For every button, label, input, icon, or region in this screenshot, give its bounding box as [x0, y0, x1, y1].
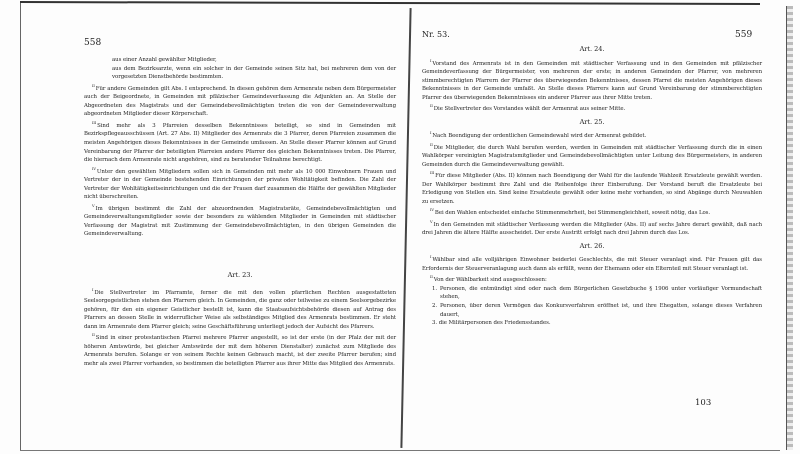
- paragraph-text: Wählbar sind alle volljährigen Einwohner…: [422, 257, 762, 272]
- paragraph-mark: II: [430, 104, 433, 108]
- article-heading: Art. 23.: [84, 271, 396, 280]
- paragraph-mark: II: [92, 333, 95, 337]
- paragraph: INach Beendigung der ordentlichen Gemein…: [422, 129, 762, 140]
- paragraph-mark: II: [430, 275, 433, 279]
- paragraph-mark: V: [92, 204, 95, 208]
- paragraph: IIDie Stellvertreter des Vorstandes wähl…: [422, 102, 762, 113]
- paragraph-text: Im übrigen bestimmt die Zahl der abzuord…: [84, 206, 396, 238]
- paragraph-mark: II: [430, 143, 433, 147]
- paragraph-text: Die Mitglieder, die durch Wahl berufen w…: [422, 145, 762, 168]
- paragraph-mark: IV: [92, 167, 96, 171]
- paragraph-text: Sind mehr als 3 Pfarreien desselben Beke…: [84, 123, 396, 163]
- paragraph: IIISind mehr als 3 Pfarreien desselben B…: [84, 119, 396, 165]
- paragraph-text: Bei den Wahlen entscheidet einfache Stim…: [435, 210, 710, 216]
- paragraph: IVBei den Wahlen entscheidet einfache St…: [422, 206, 762, 217]
- paragraph: VIm übrigen bestimmt die Zahl der abzuor…: [84, 202, 396, 239]
- paragraph: VIn den Gemeinden mit städtischer Verfas…: [422, 218, 762, 238]
- page-number: 559: [735, 30, 752, 40]
- paragraph: aus dem Bezirksarzte, wenn ein solcher i…: [84, 65, 396, 82]
- paragraph-text: Nach Beendigung der ordentlichen Gemeind…: [432, 133, 646, 139]
- paragraph-text: In den Gemeinden mit städtischer Verfass…: [422, 222, 762, 237]
- paragraph-text: 1. Personen, die entmündigt sind oder na…: [432, 286, 762, 301]
- article-heading: Art. 25.: [422, 118, 762, 127]
- paragraph-mark: V: [430, 220, 433, 224]
- paragraph: IIFür andere Gemeinden gilt Abs. I entsp…: [84, 82, 396, 119]
- page-number: 558: [84, 38, 101, 48]
- list-item: 3. die Militärpersonen des Friedensstand…: [422, 319, 762, 328]
- paragraph-text: Sind in einer protestantischen Pfarrei m…: [84, 335, 396, 367]
- paragraph: IISind in einer protestantischen Pfarrei…: [84, 331, 396, 368]
- left-page: 558 aus einer Anzahl gewählter Mitgliede…: [22, 0, 402, 454]
- paragraph-mark: III: [430, 171, 434, 175]
- paragraph-mark: III: [92, 121, 96, 125]
- paragraph-mark: II: [92, 84, 95, 88]
- paragraph-text: 3. die Militärpersonen des Friedensstand…: [432, 320, 550, 326]
- right-page: Nr. 53. 559 Art. 24.IVorstand des Armenr…: [410, 0, 786, 454]
- book-spread: 558 aus einer Anzahl gewählter Mitgliede…: [0, 0, 800, 454]
- paragraph-text: Die Stellvertreter im Pfarramte, ferner …: [84, 289, 396, 329]
- article-heading: Art. 24.: [422, 45, 762, 54]
- article-heading: Art. 26.: [422, 242, 762, 251]
- paragraph: aus einer Anzahl gewählter Mitglieder,: [84, 56, 396, 65]
- right-page-body: Art. 24.IVorstand des Armenrats ist in d…: [422, 41, 762, 328]
- paragraph: IIIFür diese Mitglieder (Abs. II) können…: [422, 169, 762, 206]
- list-item: 1. Personen, die entmündigt sind oder na…: [422, 285, 762, 302]
- paragraph-text: Von der Wählbarkeit sind ausgeschlossen:: [434, 277, 547, 283]
- paragraph: IVorstand des Armenrats ist in den Gemei…: [422, 57, 762, 103]
- paragraph-text: Für andere Gemeinden gilt Abs. I entspre…: [84, 86, 396, 118]
- paragraph-text: Vorstand des Armenrats ist in den Gemein…: [422, 60, 762, 100]
- paragraph-text: 2. Personen, über deren Vermögen das Kon…: [432, 303, 762, 318]
- paragraph-text: aus einer Anzahl gewählter Mitglieder,: [112, 57, 217, 63]
- paragraph: IIDie Mitglieder, die durch Wahl berufen…: [422, 141, 762, 170]
- signature-number: 103: [695, 398, 711, 408]
- paragraph-text: Für diese Mitglieder (Abs. II) können na…: [422, 173, 762, 205]
- paragraph: IWählbar sind alle volljährigen Einwohne…: [422, 253, 762, 273]
- paragraph: IIVon der Wählbarkeit sind ausgeschlosse…: [422, 273, 762, 284]
- page-stack-edge: [786, 6, 793, 450]
- paragraph: IDie Stellvertreter im Pfarramte, ferner…: [84, 286, 396, 332]
- paragraph-text: Die Stellvertreter des Vorstandes wählt …: [434, 106, 625, 112]
- page-edge-left: [20, 3, 21, 451]
- paragraph-text: aus dem Bezirksarzte, wenn ein solcher i…: [112, 66, 396, 81]
- left-page-body: aus einer Anzahl gewählter Mitglieder,au…: [84, 56, 396, 369]
- list-item: 2. Personen, über deren Vermögen das Kon…: [422, 302, 762, 319]
- paragraph-mark: IV: [430, 208, 434, 212]
- paragraph: IVUnter den gewählten Mitgliedern sollen…: [84, 165, 396, 202]
- paragraph-text: Unter den gewählten Mitgliedern sollen s…: [84, 169, 396, 201]
- running-head: Nr. 53.: [422, 30, 450, 39]
